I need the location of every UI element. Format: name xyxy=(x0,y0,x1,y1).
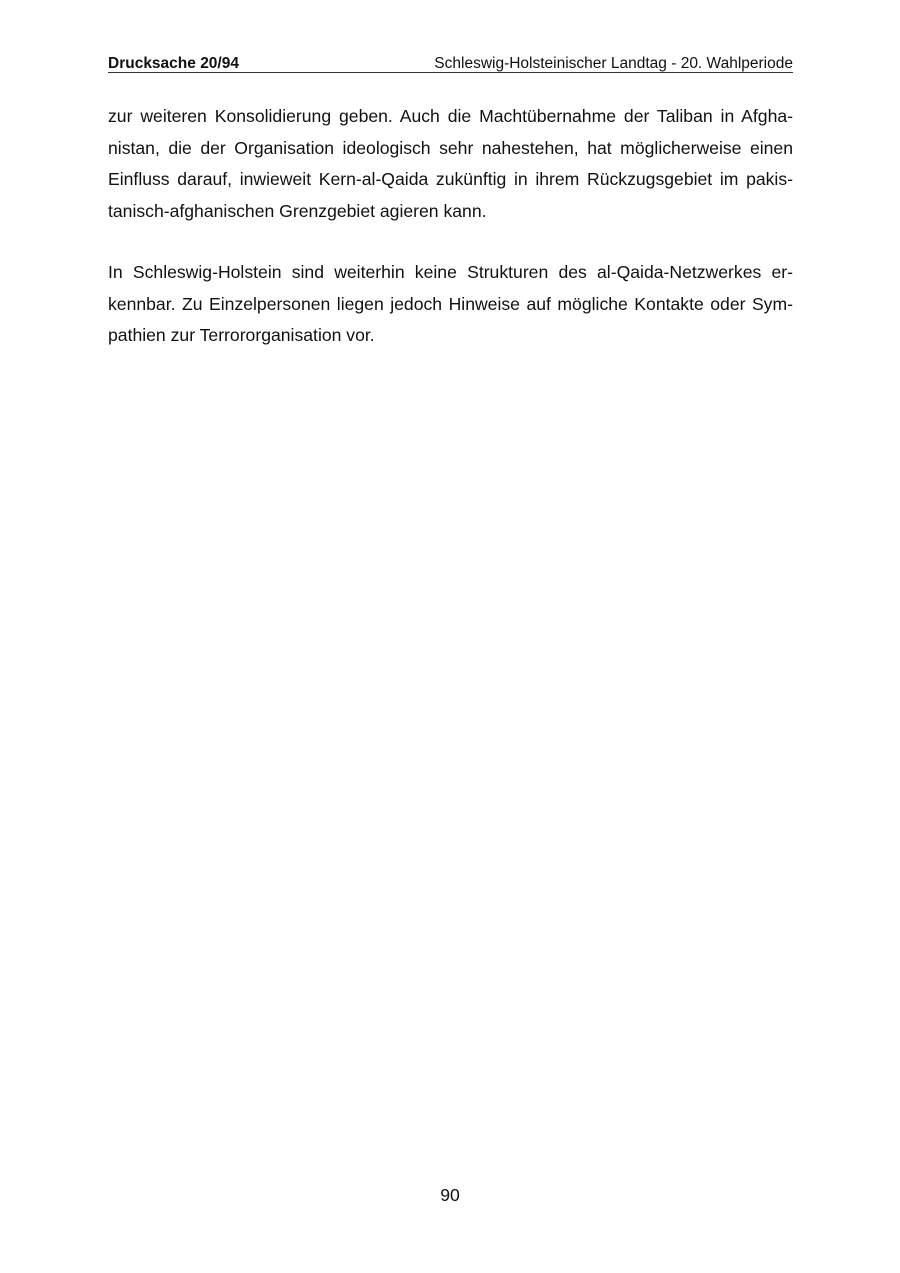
text-line: tanisch-afghanischen Grenzgebiet agieren… xyxy=(108,196,793,228)
text-line: pathien zur Terrororganisation vor. xyxy=(108,320,793,352)
page-number: 90 xyxy=(0,1185,900,1206)
publisher-title: Schleswig-Holsteinischer Landtag - 20. W… xyxy=(434,55,793,73)
text-line: nistan, die der Organisation ideologisch… xyxy=(108,133,793,165)
text-line: kennbar. Zu Einzelpersonen liegen jedoch… xyxy=(108,289,793,321)
paragraph-2: In Schleswig-Holstein sind weiterhin kei… xyxy=(108,257,793,352)
paragraph-1: zur weiteren Konsolidierung geben. Auch … xyxy=(108,101,793,227)
document-number: Drucksache 20/94 xyxy=(108,55,239,73)
text-line: In Schleswig-Holstein sind weiterhin kei… xyxy=(108,257,793,289)
text-line: Einfluss darauf, inwieweit Kern-al-Qaida… xyxy=(108,164,793,196)
text-line: zur weiteren Konsolidierung geben. Auch … xyxy=(108,101,793,133)
page-header: Drucksache 20/94 Schleswig-Holsteinische… xyxy=(108,53,793,73)
